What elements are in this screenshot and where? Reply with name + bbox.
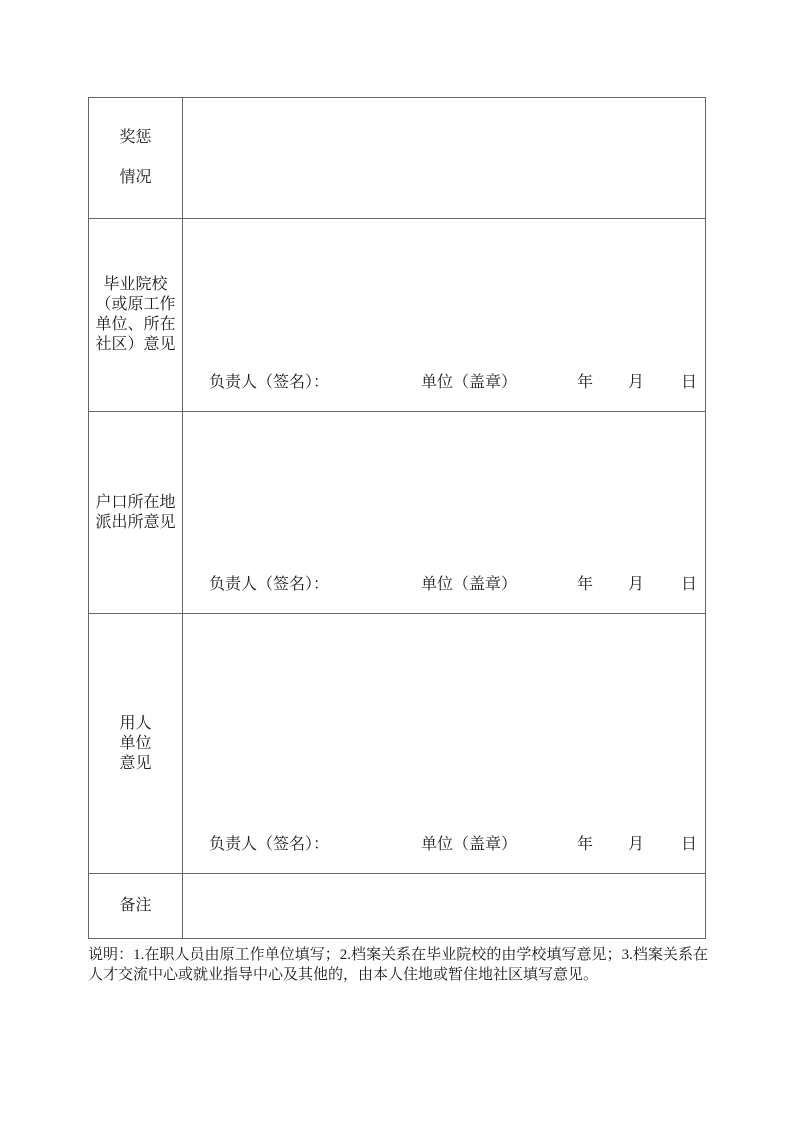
table-row: 毕业院校 （或原工作 单位、所在 社区）意见 负责人（签名）： 单位（盖章） 年…	[89, 218, 705, 411]
table-row: 奖惩 情况	[89, 98, 705, 218]
row-label-police-station-opinion: 户口所在地 派出所意见	[89, 412, 183, 613]
row-label-remarks: 备注	[89, 874, 183, 938]
graduate-school-opinion-content-cell: 负责人（签名）： 单位（盖章） 年 月 日	[183, 219, 705, 411]
row-label-employer-opinion: 用人 单位 意见	[89, 614, 183, 873]
leader-signature-label: 负责人（签名）：	[209, 835, 329, 855]
form-page: 奖惩 情况 毕业院校 （或原工作 单位、所在 社区）意见 负责人（签名）： 单位…	[0, 0, 793, 1122]
day-label: 日	[681, 373, 697, 393]
day-label: 日	[681, 835, 697, 855]
month-label: 月	[628, 835, 644, 855]
signature-line: 负责人（签名）： 单位（盖章） 年 月 日	[183, 373, 705, 393]
leader-signature-label: 负责人（签名）：	[209, 373, 329, 393]
rewards-punishments-content-cell	[183, 98, 705, 218]
signature-line: 负责人（签名）： 单位（盖章） 年 月 日	[183, 835, 705, 855]
year-label: 年	[577, 575, 593, 595]
employer-opinion-content-cell: 负责人（签名）： 单位（盖章） 年 月 日	[183, 614, 705, 873]
signature-line: 负责人（签名）： 单位（盖章） 年 月 日	[183, 575, 705, 595]
year-label: 年	[577, 373, 593, 393]
table-row: 备注	[89, 873, 705, 938]
month-label: 月	[628, 575, 644, 595]
table-row: 用人 单位 意见 负责人（签名）： 单位（盖章） 年 月 日	[89, 613, 705, 873]
table-row: 户口所在地 派出所意见 负责人（签名）： 单位（盖章） 年 月 日	[89, 411, 705, 613]
month-label: 月	[628, 373, 644, 393]
instructions-note: 说明：1.在职人员由原工作单位填写；2.档案关系在毕业院校的由学校填写意见；3.…	[88, 945, 708, 985]
unit-seal-label: 单位（盖章）	[421, 835, 517, 855]
year-label: 年	[577, 835, 593, 855]
unit-seal-label: 单位（盖章）	[421, 373, 517, 393]
police-station-opinion-content-cell: 负责人（签名）： 单位（盖章） 年 月 日	[183, 412, 705, 613]
unit-seal-label: 单位（盖章）	[421, 575, 517, 595]
leader-signature-label: 负责人（签名）：	[209, 575, 329, 595]
opinions-table: 奖惩 情况 毕业院校 （或原工作 单位、所在 社区）意见 负责人（签名）： 单位…	[88, 97, 706, 939]
remarks-content-cell	[183, 874, 705, 938]
row-label-graduate-school-opinion: 毕业院校 （或原工作 单位、所在 社区）意见	[89, 219, 183, 411]
day-label: 日	[681, 575, 697, 595]
row-label-rewards-punishments: 奖惩 情况	[89, 98, 183, 218]
